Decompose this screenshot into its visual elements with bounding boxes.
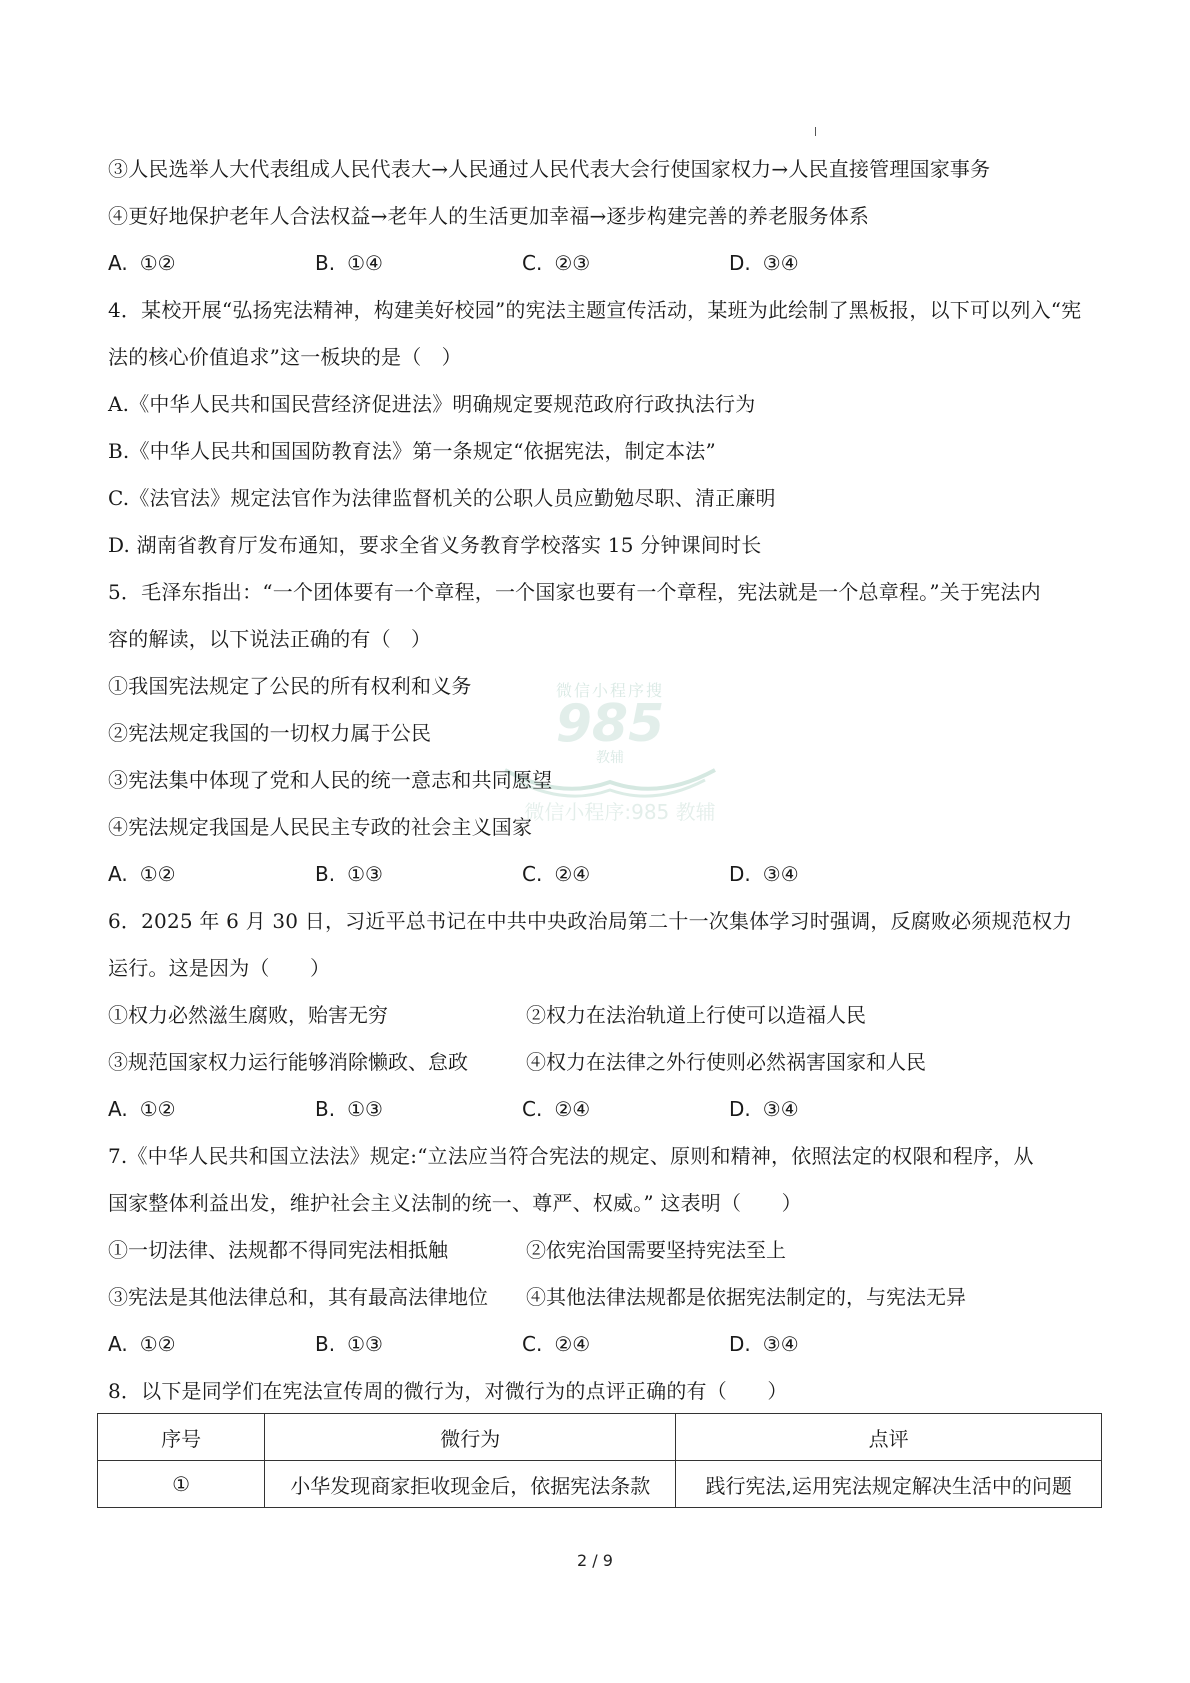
question-7: 7.《中华人民共和国立法法》规定:“立法应当符合宪法的规定、原则和精神，依照法定…: [108, 1133, 1103, 1368]
table-header-row: 序号 微行为 点评: [98, 1414, 1102, 1461]
q6-item-2: ②权力在法治轨道上行使可以造福人民: [526, 992, 944, 1039]
q3-choice-d[interactable]: D.③④: [729, 240, 936, 287]
q7-choice-d[interactable]: D.③④: [729, 1321, 936, 1368]
q6-choices: A.①② B.①③ C.②④ D.③④: [108, 1086, 1103, 1133]
q7-choice-b[interactable]: B.①③: [315, 1321, 522, 1368]
q5-choice-c[interactable]: C.②④: [522, 851, 729, 898]
q7-stem-line-2: 国家整体利益出发，维护社会主义法制的统一、尊严、权威。” 这表明（ ）: [108, 1180, 1103, 1227]
q4-stem-line-1: 4．某校开展“弘扬宪法精神，构建美好校园”的宪法主题宣传活动，某班为此绘制了黑板…: [108, 287, 1103, 334]
q5-choice-d[interactable]: D.③④: [729, 851, 936, 898]
q5-choice-b[interactable]: B.①③: [315, 851, 522, 898]
table-cell-index: ①: [98, 1461, 265, 1508]
q6-items-row-1: ①权力必然滋生腐败，贻害无穷 ②权力在法治轨道上行使可以造福人民: [108, 992, 1103, 1039]
question-4: 4．某校开展“弘扬宪法精神，构建美好校园”的宪法主题宣传活动，某班为此绘制了黑板…: [108, 287, 1103, 569]
q4-option-d[interactable]: D. 湖南省教育厅发布通知，要求全省义务教育学校落实 15 分钟课间时长: [108, 522, 1103, 569]
q6-item-4: ④权力在法律之外行使则必然祸害国家和人民: [526, 1039, 944, 1086]
q7-item-2: ②依宪治国需要坚持宪法至上: [526, 1227, 944, 1274]
q7-item-3: ③宪法是其他法律总和，其有最高法律地位: [108, 1274, 526, 1321]
q5-choices: A.①② B.①③ C.②④ D.③④: [108, 851, 1103, 898]
q5-stem-line-2: 容的解读，以下说法正确的有（ ）: [108, 616, 1103, 663]
q7-items-row-1: ①一切法律、法规都不得同宪法相抵触 ②依宪治国需要坚持宪法至上: [108, 1227, 1103, 1274]
question-content: ③人民选举人大代表组成人民代表大→人民通过人民代表大会行使国家权力→人民直接管理…: [108, 146, 1103, 1415]
q3-choice-a[interactable]: A.①②: [108, 240, 315, 287]
q5-stem-line-1: 5．毛泽东指出：“一个团体要有一个章程，一个国家也要有一个章程，宪法就是一个总章…: [108, 569, 1103, 616]
q6-choice-d[interactable]: D.③④: [729, 1086, 936, 1133]
q4-option-c[interactable]: C.《法官法》规定法官作为法律监督机关的公职人员应勤勉尽职、清正廉明: [108, 475, 1103, 522]
q8-stem: 8．以下是同学们在宪法宣传周的微行为，对微行为的点评正确的有（ ）: [108, 1368, 1103, 1415]
table-header-comment: 点评: [676, 1414, 1102, 1461]
q6-item-1: ①权力必然滋生腐败，贻害无穷: [108, 992, 526, 1039]
question-5: 5．毛泽东指出：“一个团体要有一个章程，一个国家也要有一个章程，宪法就是一个总章…: [108, 569, 1103, 898]
q3-item-4: ④更好地保护老年人合法权益→老年人的生活更加幸福→逐步构建完善的养老服务体系: [108, 193, 1103, 240]
q4-stem-line-2: 法的核心价值追求”这一板块的是（ ）: [108, 334, 1103, 381]
q6-stem-line-2: 运行。这是因为（ ）: [108, 945, 1103, 992]
table-cell-behavior: 小华发现商家拒收现金后，依据宪法条款: [265, 1461, 676, 1508]
table-row: ① 小华发现商家拒收现金后，依据宪法条款 践行宪法,运用宪法规定解决生活中的问题: [98, 1461, 1102, 1508]
q7-stem-line-1: 7.《中华人民共和国立法法》规定:“立法应当符合宪法的规定、原则和精神，依照法定…: [108, 1133, 1103, 1180]
question-6: 6．2025 年 6 月 30 日，习近平总书记在中共中央政治局第二十一次集体学…: [108, 898, 1103, 1133]
q7-choice-a[interactable]: A.①②: [108, 1321, 315, 1368]
q3-item-3: ③人民选举人大代表组成人民代表大→人民通过人民代表大会行使国家权力→人民直接管理…: [108, 146, 1103, 193]
q5-item-3: ③宪法集中体现了党和人民的统一意志和共同愿望: [108, 757, 1103, 804]
page-tick-mark: [815, 127, 816, 136]
q4-option-b[interactable]: B.《中华人民共和国国防教育法》第一条规定“依据宪法，制定本法”: [108, 428, 1103, 475]
q7-items-row-2: ③宪法是其他法律总和，其有最高法律地位 ④其他法律法规都是依据宪法制定的，与宪法…: [108, 1274, 1103, 1321]
table-cell-comment: 践行宪法,运用宪法规定解决生活中的问题: [676, 1461, 1102, 1508]
q5-choice-a[interactable]: A.①②: [108, 851, 315, 898]
question-8: 8．以下是同学们在宪法宣传周的微行为，对微行为的点评正确的有（ ）: [108, 1368, 1103, 1415]
q7-choice-c[interactable]: C.②④: [522, 1321, 729, 1368]
q3-choices: A.①② B.①④ C.②③ D.③④: [108, 240, 1103, 287]
q6-items-row-2: ③规范国家权力运行能够消除懒政、怠政 ④权力在法律之外行使则必然祸害国家和人民: [108, 1039, 1103, 1086]
q7-choices: A.①② B.①③ C.②④ D.③④: [108, 1321, 1103, 1368]
page-number: 2 / 9: [0, 1551, 1190, 1570]
exam-page: 微信小程序搜 985 教辅 微信小程序:985 教辅 ③人民选举人大代表组成人民…: [0, 0, 1190, 1683]
q6-choice-c[interactable]: C.②④: [522, 1086, 729, 1133]
q3-choice-b[interactable]: B.①④: [315, 240, 522, 287]
question-3-tail: ③人民选举人大代表组成人民代表大→人民通过人民代表大会行使国家权力→人民直接管理…: [108, 146, 1103, 287]
table-header-behavior: 微行为: [265, 1414, 676, 1461]
q6-item-3: ③规范国家权力运行能够消除懒政、怠政: [108, 1039, 526, 1086]
q4-option-a[interactable]: A.《中华人民共和国民营经济促进法》明确规定要规范政府行政执法行为: [108, 381, 1103, 428]
q7-item-4: ④其他法律法规都是依据宪法制定的，与宪法无异: [526, 1274, 944, 1321]
q5-item-2: ②宪法规定我国的一切权力属于公民: [108, 710, 1103, 757]
table-header-index: 序号: [98, 1414, 265, 1461]
q5-item-4: ④宪法规定我国是人民民主专政的社会主义国家: [108, 804, 1103, 851]
q6-stem-line-1: 6．2025 年 6 月 30 日，习近平总书记在中共中央政治局第二十一次集体学…: [108, 898, 1103, 945]
q5-item-1: ①我国宪法规定了公民的所有权利和义务: [108, 663, 1103, 710]
q6-choice-b[interactable]: B.①③: [315, 1086, 522, 1133]
q3-choice-c[interactable]: C.②③: [522, 240, 729, 287]
micro-behavior-table: 序号 微行为 点评 ① 小华发现商家拒收现金后，依据宪法条款 践行宪法,运用宪法…: [97, 1413, 1102, 1508]
q7-item-1: ①一切法律、法规都不得同宪法相抵触: [108, 1227, 526, 1274]
q6-choice-a[interactable]: A.①②: [108, 1086, 315, 1133]
